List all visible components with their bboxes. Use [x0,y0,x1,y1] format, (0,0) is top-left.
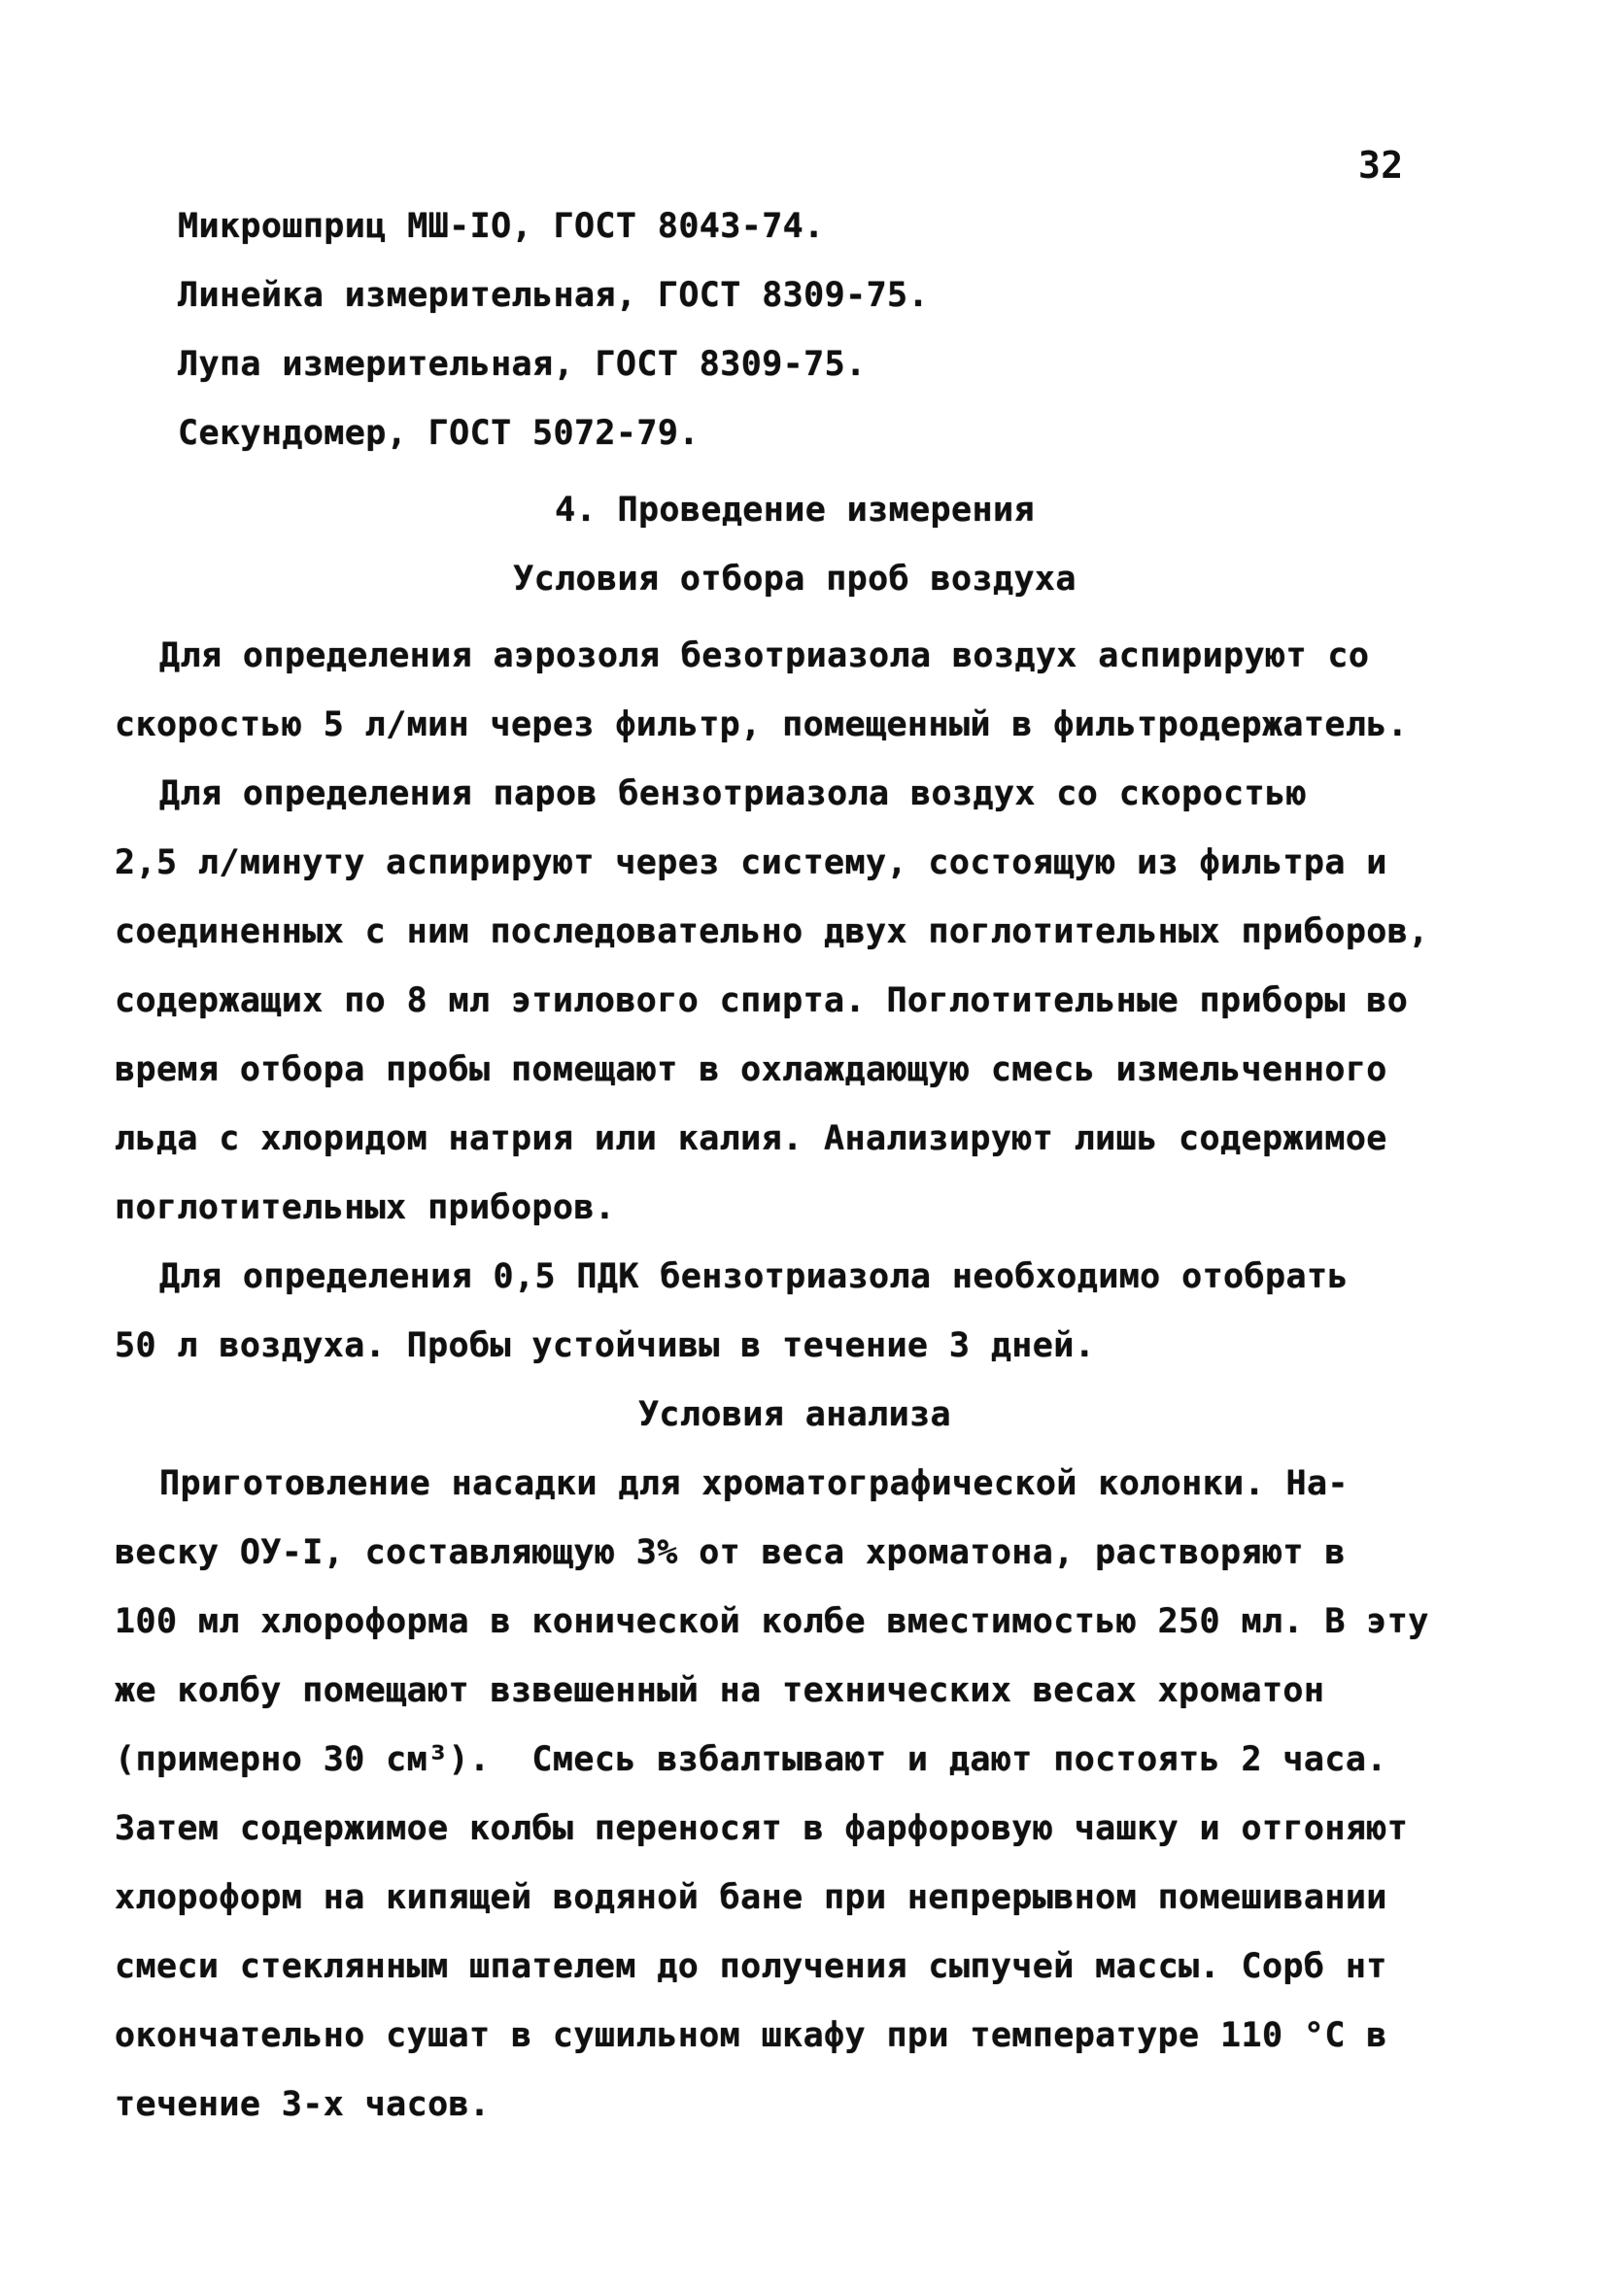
paragraph-vapors-line: Для определения паров бензотриазола возд… [115,760,1475,829]
paragraph-packing-line: Затем содержимое колбы переносят в фарфо… [115,1795,1475,1864]
sampling-subheading: Условия отбора проб воздуха [115,545,1475,614]
paragraph-packing-line: 100 мл хлороформа в конической колбе вме… [115,1588,1475,1657]
paragraph-packing-line: Приготовление насадки для хроматографиче… [115,1450,1475,1519]
equipment-list-item: Лупа измерительная, ГОСТ 8309-75. [115,330,1475,399]
section-heading: 4. Проведение измерения [115,476,1475,545]
paragraph-packing-line: смеси стеклянным шпателем до получения с… [115,1933,1475,2002]
analysis-subheading: Условия анализа [115,1381,1475,1450]
equipment-list-item: Линейка измерительная, ГОСТ 8309-75. [115,261,1475,330]
paragraph-pdk-line: Для определения 0,5 ПДК бензотриазола не… [115,1243,1475,1312]
paragraph-packing-line: окончательно сушат в сушильном шкафу при… [115,2002,1475,2071]
paragraph-vapors-line: соединенных с ним последовательно двух п… [115,898,1475,967]
page-number: 32 [1358,144,1404,187]
paragraph-vapors-line: содержащих по 8 мл этилового спирта. Пог… [115,967,1475,1036]
paragraph-packing-line: течение 3-х часов. [115,2071,1475,2140]
paragraph-packing-line: (примерно 30 см³). Смесь взбалтывают и д… [115,1726,1475,1795]
spacer [115,614,1475,622]
equipment-list-item: Секундомер, ГОСТ 5072-79. [115,399,1475,468]
paragraph-vapors-line: 2,5 л/минуту аспирируют через систему, с… [115,829,1475,898]
paragraph-aerosol-line: скоростью 5 л/мин через фильтр, помещенн… [115,691,1475,760]
paragraph-packing-line: хлороформ на кипящей водяной бане при не… [115,1864,1475,1933]
paragraph-vapors-line: поглотительных приборов. [115,1174,1475,1243]
paragraph-pdk-line: 50 л воздуха. Пробы устойчивы в течение … [115,1312,1475,1381]
spacer [115,468,1475,476]
equipment-list-item: Микрошприц МШ-IО, ГОСТ 8043-74. [115,192,1475,261]
paragraph-vapors-line: льда с хлоридом натрия или калия. Анализ… [115,1105,1475,1174]
paragraph-packing-line: веску ОУ-I, составляющую 3% от веса хром… [115,1519,1475,1588]
paragraph-aerosol-line: Для определения аэрозоля безотриазола во… [115,622,1475,691]
scanned-document-page: 32 Микрошприц МШ-IО, ГОСТ 8043-74. Линей… [0,0,1607,2296]
paragraph-vapors-line: время отбора пробы помещают в охлаждающу… [115,1036,1475,1105]
paragraph-packing-line: же колбу помещают взвешенный на техничес… [115,1657,1475,1726]
document-body: Микрошприц МШ-IО, ГОСТ 8043-74. Линейка … [115,192,1475,2140]
